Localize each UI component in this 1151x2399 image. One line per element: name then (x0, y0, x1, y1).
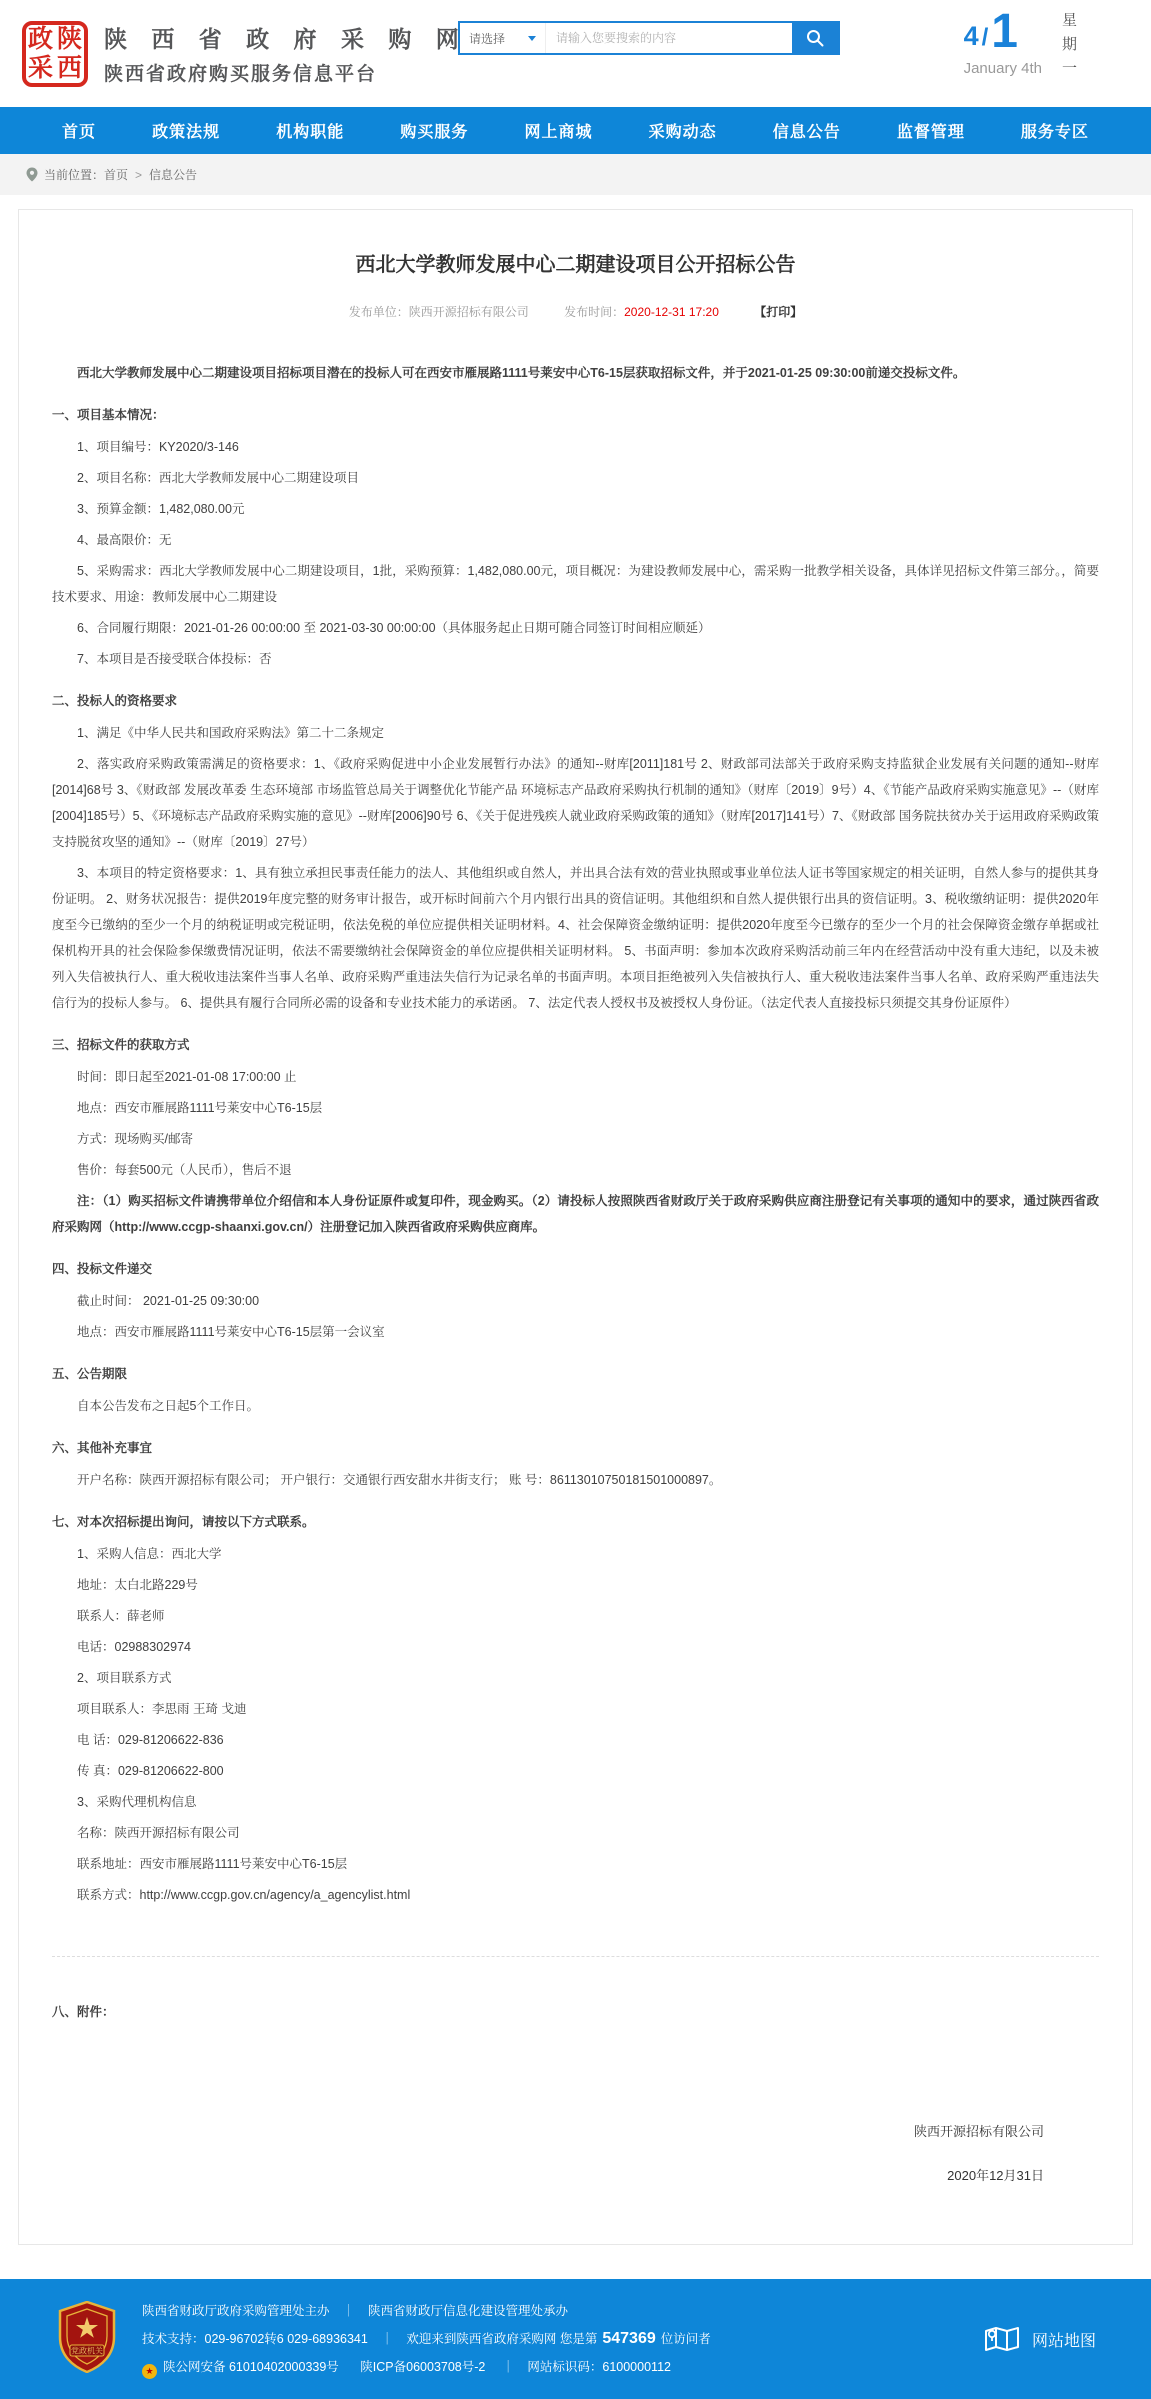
search-category-label: 请选择 (469, 30, 505, 47)
paragraph: 方式：现场购买/邮寄 (52, 1126, 1099, 1152)
date-month: 4 (964, 23, 979, 56)
signature-company: 陕西开源招标有限公司 (52, 2110, 1044, 2154)
paragraph: 7、本项目是否接受联合体投标：否 (52, 646, 1099, 672)
beian-number[interactable]: 陕公网安备 61010402000339号 (163, 2360, 339, 2374)
publish-time: 发布时间：2020-12-31 17:20 (564, 305, 719, 319)
paragraph: 一、项目基本情况： (52, 402, 1099, 428)
paragraph: 五、公告期限 (52, 1361, 1099, 1387)
paragraph: 售价：每套500元（人民币），售后不退 (52, 1157, 1099, 1183)
sitemap-label: 网站地图 (1032, 2328, 1096, 2351)
paragraph: 二、投标人的资格要求 (52, 688, 1099, 714)
article-meta: 发布单位：陕西开源招标有限公司 发布时间：2020-12-31 17:20 【打… (52, 303, 1099, 320)
paragraph: 时间：即日起至2021-01-08 17:00:00 止 (52, 1064, 1099, 1090)
nav-item[interactable]: 监督管理 (897, 119, 965, 142)
paragraph: 6、合同履行期限：2021-01-26 00:00:00 至 2021-03-3… (52, 615, 1099, 641)
paragraph: 传 真：029-81206622-800 (52, 1758, 1099, 1784)
date-english: January 4th (964, 60, 1042, 77)
paragraph: 自本公告发布之日起5个工作日。 (52, 1393, 1099, 1419)
site-subtitle: 陕西省政府购买服务信息平台 (104, 59, 468, 86)
paragraph: 3、预算金额：1,482,080.00元 (52, 496, 1099, 522)
paragraph: 六、其他补充事宜 (52, 1435, 1099, 1461)
site-logo: 政 陕 采 西 陕 西 省 政 府 采 购 网 陕西省政府购买服务信息平台 (22, 21, 468, 87)
seal-char: 西 (55, 55, 84, 82)
paragraph: 5、采购需求：西北大学教师发展中心二期建设项目，1批，采购预算：1,482,08… (52, 558, 1099, 610)
site-footer: 党政机关 陕西省财政厅政府采购管理处主办｜陕西省财政厅信息化建设管理处承办 技术… (0, 2279, 1151, 2399)
paragraph: 注：（1）购买招标文件请携带单位介绍信和本人身份证原件或复印件，现金购买。（2）… (52, 1188, 1099, 1240)
paragraph: 2、项目联系方式 (52, 1665, 1099, 1691)
paragraph: 3、采购代理机构信息 (52, 1789, 1099, 1815)
map-icon (984, 2323, 1020, 2355)
nav-item[interactable]: 采购动态 (649, 119, 717, 142)
paragraph: 地点：西安市雁展路1111号莱安中心T6-15层 (52, 1095, 1099, 1121)
paragraph: 西北大学教师发展中心二期建设项目招标项目潜在的投标人可在西安市雁展路1111号莱… (52, 360, 1099, 386)
search-bar: 请选择 (458, 21, 840, 55)
seal-char: 政 (26, 26, 55, 53)
chevron-down-icon (528, 36, 536, 41)
breadcrumb-home-link[interactable]: 首页 (104, 166, 128, 183)
site-id-code: 网站标识码：6100000112 (527, 2360, 671, 2374)
paragraph: 开户名称：陕西开源招标有限公司； 开户银行：交通银行西安甜水井街支行； 账 号：… (52, 1467, 1099, 1493)
paragraph: 四、投标文件递交 (52, 1256, 1099, 1282)
paragraph: 三、招标文件的获取方式 (52, 1032, 1099, 1058)
paragraph: 2、项目名称：西北大学教师发展中心二期建设项目 (52, 465, 1099, 491)
publish-time-value: 2020-12-31 17:20 (624, 305, 719, 319)
nav-item[interactable]: 服务专区 (1021, 119, 1089, 142)
nav-item[interactable]: 购买服务 (400, 119, 468, 142)
site-header: 政 陕 采 西 陕 西 省 政 府 采 购 网 陕西省政府购买服务信息平台 请选… (0, 0, 1151, 107)
signature-date: 2020年12月31日 (52, 2154, 1044, 2198)
date-weekday: 星期一 (1058, 12, 1079, 84)
footer-text: 陕西省财政厅政府采购管理处主办｜陕西省财政厅信息化建设管理处承办 技术支持：02… (142, 2297, 711, 2381)
date-day: 1 (991, 8, 1018, 56)
breadcrumb-current: 信息公告 (149, 166, 197, 183)
seal-char: 采 (26, 55, 55, 82)
breadcrumb: 当前位置： 首页 > 信息公告 (0, 154, 1151, 195)
gov-badge-icon: 党政机关 (58, 2301, 116, 2378)
logo-seal-icon: 政 陕 采 西 (22, 21, 88, 87)
page-title: 西北大学教师发展中心二期建设项目公开招标公告 (52, 248, 1099, 277)
page: 政 陕 采 西 陕 西 省 政 府 采 购 网 陕西省政府购买服务信息平台 请选… (0, 0, 1151, 2399)
paragraph: 4、最高限价：无 (52, 527, 1099, 553)
date-numbers: 4 / 1 (964, 8, 1042, 56)
footer-line-2: 技术支持：029-96702转6 029-68936341｜欢迎来到陕西省政府采… (142, 2325, 711, 2353)
paragraph: 1、采购人信息：西北大学 (52, 1541, 1099, 1567)
breadcrumb-prefix: 当前位置： (44, 166, 104, 183)
paragraph: 1、满足《中华人民共和国政府采购法》第二十二条规定 (52, 720, 1099, 746)
police-badge-icon: ★ (142, 2364, 157, 2379)
svg-text:党政机关: 党政机关 (71, 2345, 103, 2355)
paragraph: 电话：02988302974 (52, 1634, 1099, 1660)
date-slash: / (982, 26, 989, 56)
icp-number[interactable]: 陕ICP备06003708号-2 (360, 2360, 485, 2374)
paragraph: 项目联系人：李思雨 王琦 戈迪 (52, 1696, 1099, 1722)
search-button[interactable] (792, 23, 838, 53)
nav-item[interactable]: 首页 (62, 119, 96, 142)
footer-line-3: ★陕公网安备 61010402000339号 陕ICP备06003708号-2 … (142, 2353, 711, 2381)
main-nav: 首页政策法规机构职能购买服务网上商城采购动态信息公告监督管理服务专区 (0, 107, 1151, 154)
search-input[interactable] (546, 23, 792, 53)
paragraph: 名称：陕西开源招标有限公司 (52, 1820, 1099, 1846)
paragraph: 电 话：029-81206622-836 (52, 1727, 1099, 1753)
nav-item[interactable]: 政策法规 (152, 119, 220, 142)
sitemap-link[interactable]: 网站地图 (984, 2323, 1096, 2355)
paragraph: 截止时间： 2021-01-25 09:30:00 (52, 1288, 1099, 1314)
paragraph: 七、对本次招标提出询问，请按以下方式联系。 (52, 1509, 1099, 1535)
nav-item[interactable]: 机构职能 (276, 119, 344, 142)
site-titles: 陕 西 省 政 府 采 购 网 陕西省政府购买服务信息平台 (104, 21, 468, 86)
date-widget: 4 / 1 January 4th 星期一 (964, 8, 1121, 84)
print-button[interactable]: 【打印】 (754, 305, 802, 319)
date-block: 4 / 1 January 4th (964, 8, 1042, 77)
paragraph: 八、附件： (52, 1999, 1099, 2025)
nav-item[interactable]: 信息公告 (773, 119, 841, 142)
breadcrumb-separator: > (135, 168, 142, 182)
paragraph: 1、项目编号：KY2020/3-146 (52, 434, 1099, 460)
nav-item[interactable]: 网上商城 (524, 119, 592, 142)
paragraph (52, 1956, 1099, 1957)
paragraph: 3、本项目的特定资格要求：1、具有独立承担民事责任能力的法人、其他组织或自然人，… (52, 860, 1099, 1016)
paragraph: 联系方式：http://www.ccgp.gov.cn/agency/a_age… (52, 1882, 1099, 1908)
search-icon (805, 28, 825, 48)
article-card: 西北大学教师发展中心二期建设项目公开招标公告 发布单位：陕西开源招标有限公司 发… (18, 209, 1133, 2245)
paragraph: 地点：西安市雁展路1111号莱安中心T6-15层第一会议室 (52, 1319, 1099, 1345)
paragraph: 2、落实政府采购政策需满足的资格要求：1、《政府采购促进中小企业发展暂行办法》的… (52, 751, 1099, 855)
paragraph: 地址：太白北路229号 (52, 1572, 1099, 1598)
signature-block: 陕西开源招标有限公司 2020年12月31日 (52, 2110, 1099, 2198)
location-pin-icon (26, 167, 38, 182)
footer-line-1: 陕西省财政厅政府采购管理处主办｜陕西省财政厅信息化建设管理处承办 (142, 2297, 711, 2325)
site-title: 陕 西 省 政 府 采 购 网 (104, 21, 468, 54)
article-body: 西北大学教师发展中心二期建设项目招标项目潜在的投标人可在西安市雁展路1111号莱… (52, 360, 1099, 2025)
paragraph: 联系地址：西安市雁展路1111号莱安中心T6-15层 (52, 1851, 1099, 1877)
visitor-count: 547369 (602, 2330, 655, 2347)
paragraph: 联系人：薛老师 (52, 1603, 1099, 1629)
publisher-label: 发布单位：陕西开源招标有限公司 (349, 305, 529, 319)
seal-char: 陕 (55, 26, 84, 53)
search-category-select[interactable]: 请选择 (460, 23, 546, 53)
